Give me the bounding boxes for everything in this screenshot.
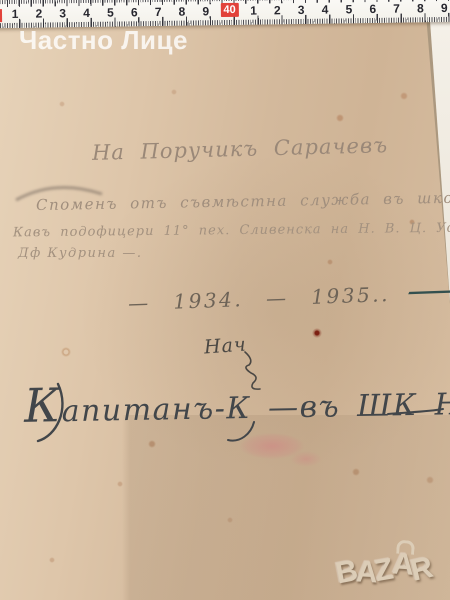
ruler-number: 7 [155, 5, 162, 19]
bazar-watermark: BAZAR [335, 552, 432, 591]
ruler-number: 2 [35, 7, 42, 21]
chief-abbrev: Нач [203, 334, 247, 359]
place-line: Дф Кудрина —. [18, 246, 143, 261]
ruler-number: 3 [59, 6, 66, 20]
ruler-number: 1 [250, 4, 257, 18]
ruler-number: 5 [345, 2, 352, 16]
years-end-dash: — [405, 278, 450, 304]
ruler-number: 8 [179, 5, 186, 19]
ruler-number: 5 [107, 6, 114, 20]
ruler-number: 6 [131, 5, 138, 19]
ruler-number: 2 [274, 3, 281, 17]
seller-watermark: Частно Лице [19, 25, 188, 56]
ruler-number: 4 [322, 3, 329, 17]
ruler-number: 1 [12, 7, 19, 21]
ruler-number: 7 [393, 2, 400, 16]
ruler-number: 9 [441, 1, 448, 15]
ruler-number: 8 [417, 1, 424, 15]
ruler-number: 6 [369, 2, 376, 16]
ruler-number: 4 [83, 6, 90, 20]
listing-photo: На Поручикъ Сарачевъ Споменъ отъ съвмѣст… [0, 0, 450, 600]
ruler-number: 9 [202, 4, 209, 18]
signature-line: Капитанъ-К —въ ШК Н. рота [24, 369, 450, 433]
ruler-number-highlight: 40 [220, 3, 238, 17]
ruler-number: 3 [298, 3, 305, 17]
